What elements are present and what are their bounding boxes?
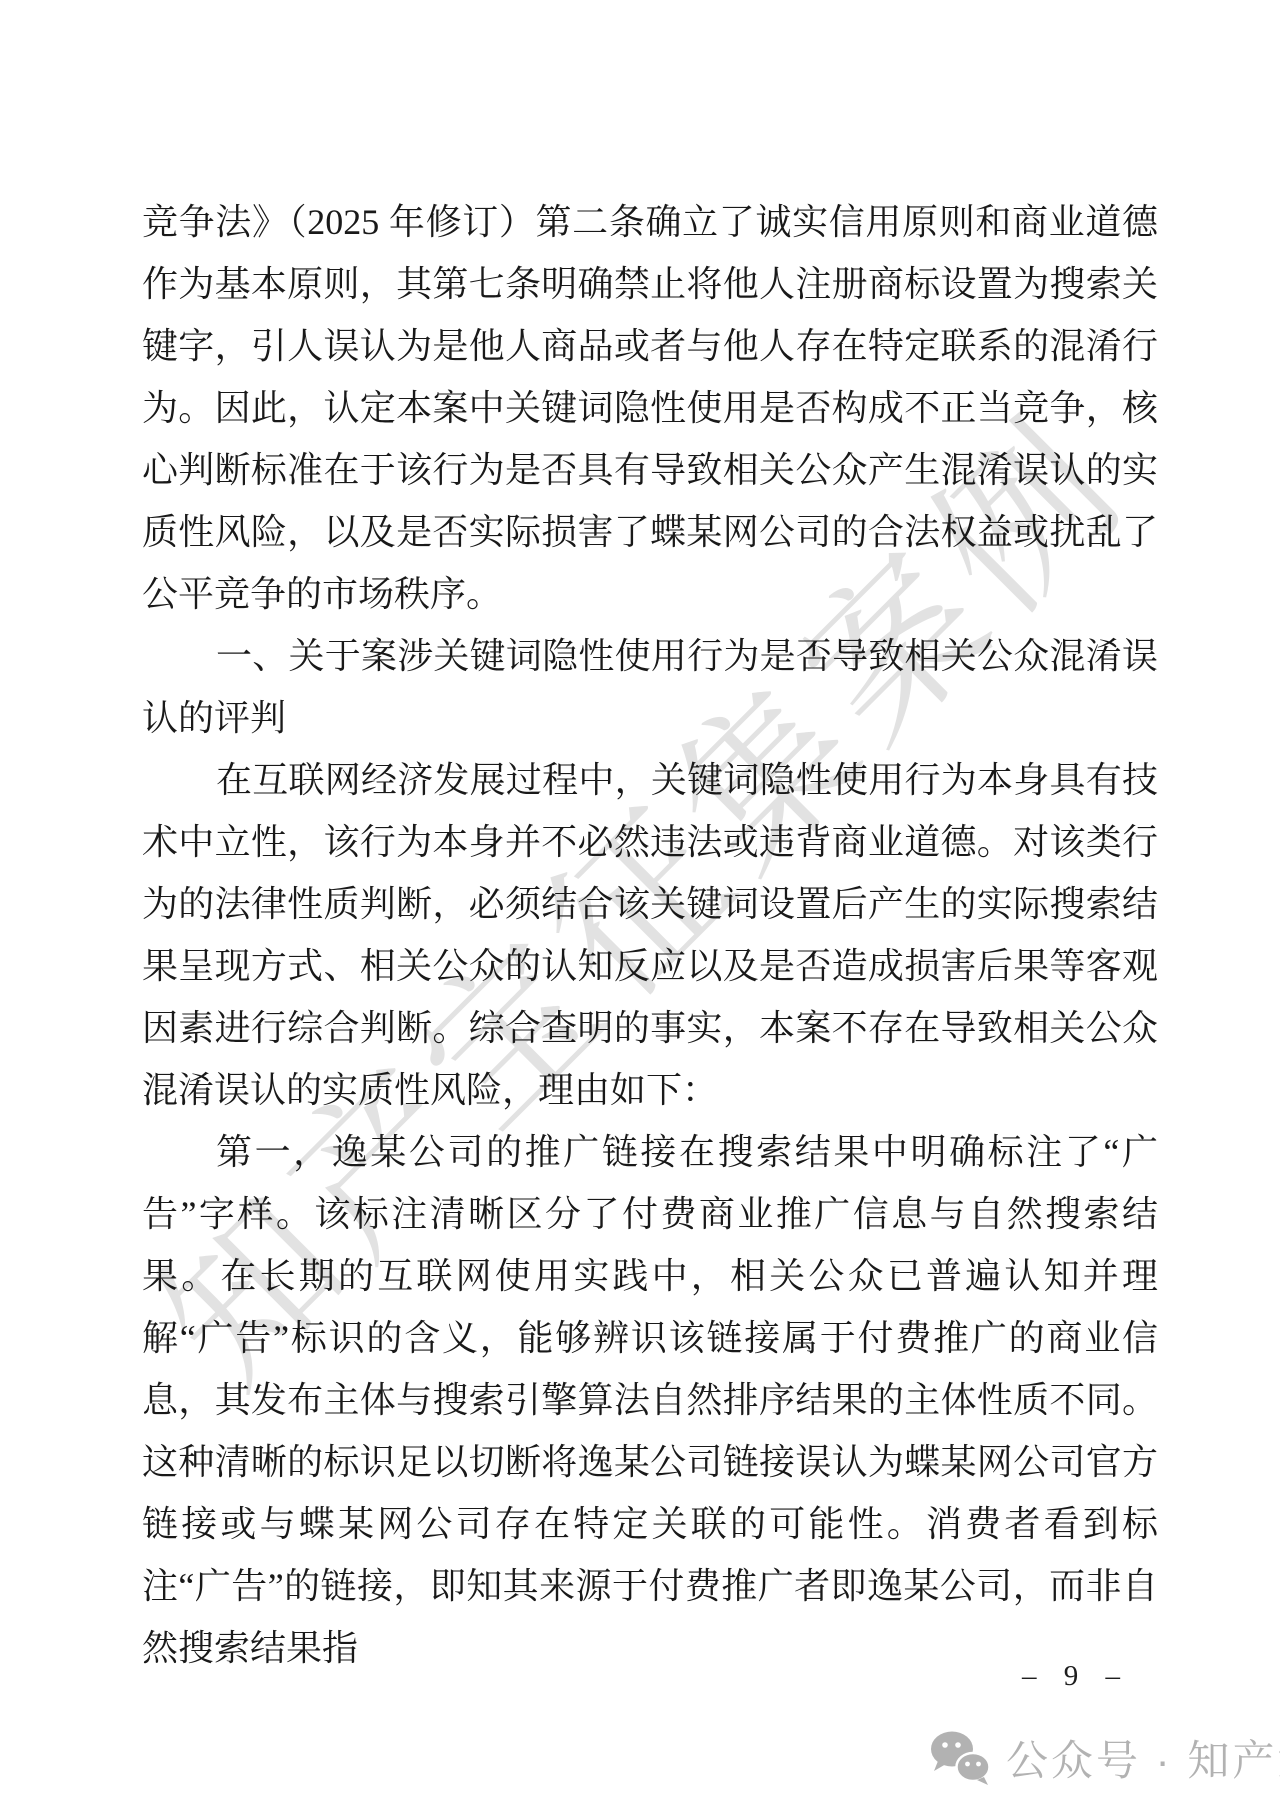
document-body: 竞争法》（2025 年修订）第二条确立了诚实信用原则和商业道德作为基本原则，其第… bbox=[142, 191, 1158, 1679]
wechat-icon bbox=[928, 1730, 992, 1786]
section-heading: 一、关于案涉关键词隐性使用行为是否导致相关公众混淆误认的评判 bbox=[142, 625, 1158, 749]
wechat-footer: 公众号 · 知产宝 bbox=[928, 1728, 1280, 1788]
paragraph-continuation: 竞争法》（2025 年修订）第二条确立了诚实信用原则和商业道德作为基本原则，其第… bbox=[142, 191, 1158, 625]
document-page: 知产宝征集案例 竞争法》（2025 年修订）第二条确立了诚实信用原则和商业道德作… bbox=[0, 0, 1280, 1809]
paragraph: 在互联网经济发展过程中，关键词隐性使用行为本身具有技术中立性，该行为本身并不必然… bbox=[142, 749, 1158, 1121]
wechat-account-label: 公众号 · 知产宝 bbox=[1006, 1728, 1280, 1788]
page-number: – 9 – bbox=[1022, 1660, 1130, 1693]
paragraph: 第一，逸某公司的推广链接在搜索结果中明确标注了“广告”字样。该标注清晰区分了付费… bbox=[142, 1121, 1158, 1679]
